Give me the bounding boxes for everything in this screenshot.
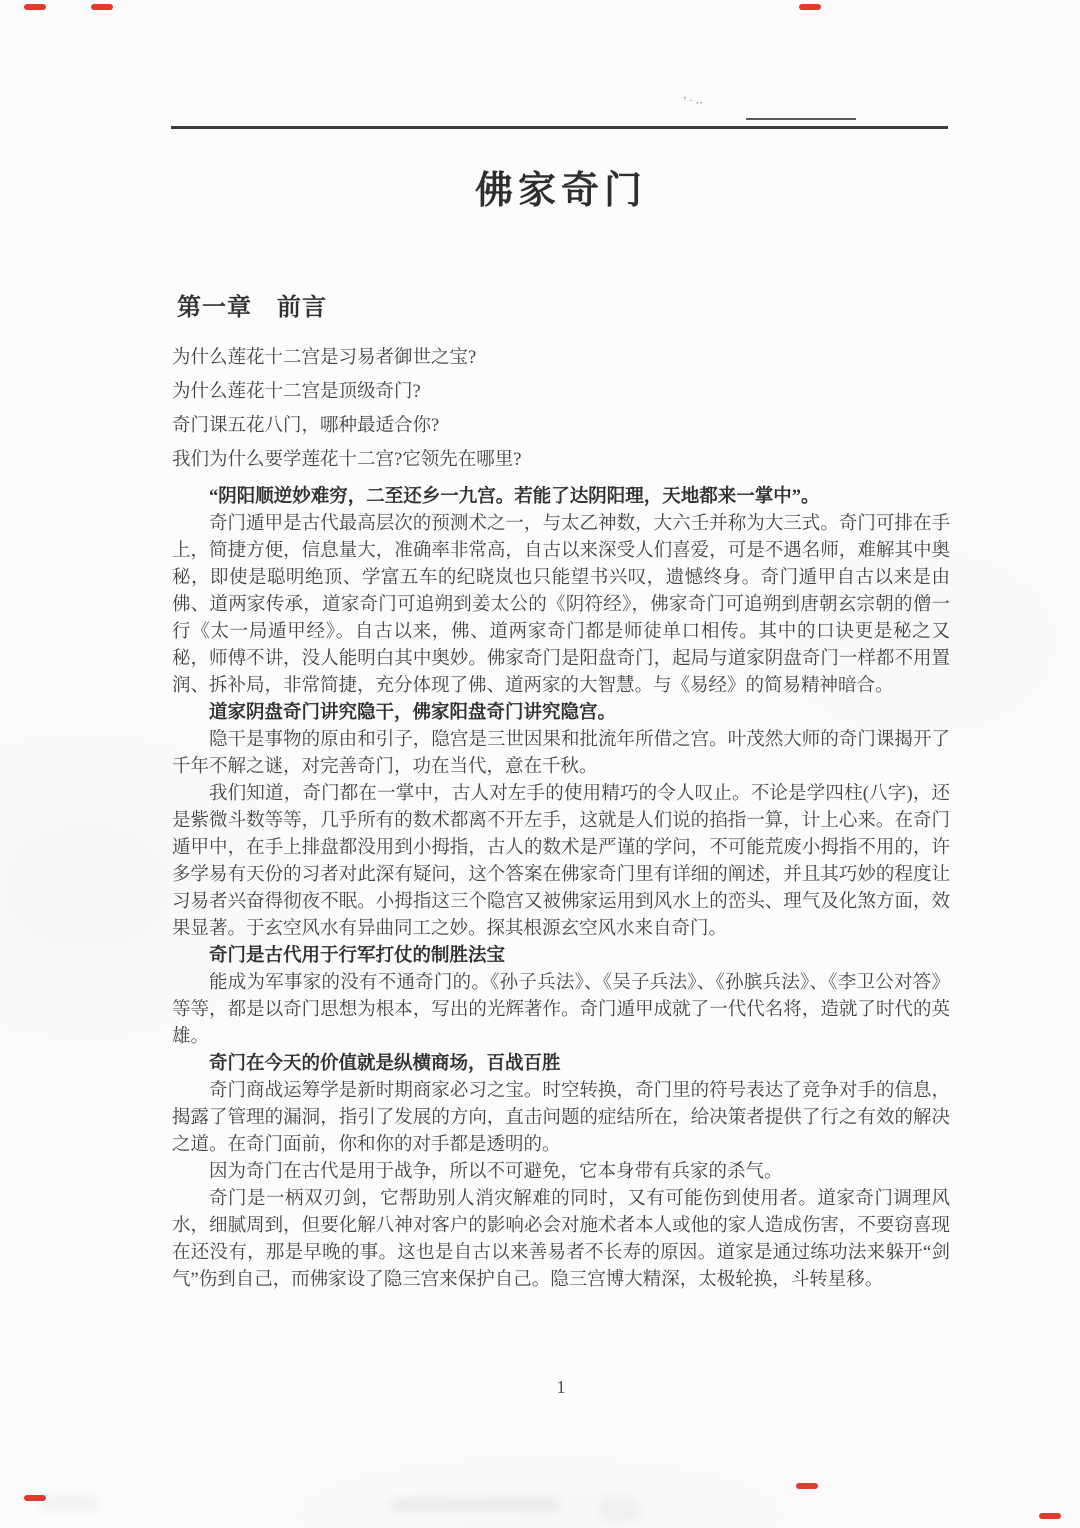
scan-smear — [600, 1496, 640, 1522]
section-subhead: 道家阴盘奇门讲究隐干，佛家阳盘奇门讲究隐宫。 — [172, 700, 950, 727]
red-corner-mark — [1039, 1513, 1061, 1519]
header-rule-main — [171, 126, 948, 129]
section-subhead: 奇门在今天的价值就是纵横商场，百战百胜 — [172, 1051, 950, 1078]
questions-list: 为什么莲花十二宫是习易者御世之宝?为什么莲花十二宫是顶级奇门?奇门课五花八门，哪… — [172, 341, 950, 477]
red-corner-mark — [799, 4, 821, 10]
red-corner-mark — [796, 1483, 818, 1489]
section-subhead: 奇门是古代用于行军打仗的制胜法宝 — [172, 943, 950, 970]
header-rule-short — [746, 118, 856, 120]
scan-smear — [40, 1494, 100, 1512]
opening-quote: “阴阳顺逆妙难穷，二至还乡一九宫。若能了达阴阳理，天地都来一掌中”。 — [172, 484, 950, 511]
body-paragraph: 能成为军事家的没有不通奇门的。《孙子兵法》、《吴子兵法》、《孙膑兵法》、《李卫公… — [172, 970, 950, 1051]
question-line: 我们为什么要学莲花十二宫?它领先在哪里? — [172, 443, 950, 477]
body-paragraph: 因为奇门在古代是用于战争，所以不可避免，它本身带有兵家的杀气。 — [172, 1159, 950, 1186]
question-line: 奇门课五花八门，哪种最适合你? — [172, 409, 950, 443]
body-paragraph: 我们知道，奇门都在一掌中，古人对左手的使用精巧的令人叹止。不论是学四柱(八字)，… — [172, 781, 950, 943]
body-paragraph: 隐干是事物的原由和引子，隐宫是三世因果和批流年所借之宫。叶茂然大师的奇门课揭开了… — [172, 727, 950, 781]
body-paragraph: 奇门是一柄双刃剑，它帮助别人消灾解难的同时，又有可能伤到使用者。道家奇门调理风水… — [172, 1186, 950, 1294]
chapter-heading: 第一章 前言 — [177, 287, 327, 322]
question-line: 为什么莲花十二宫是习易者御世之宝? — [172, 341, 950, 375]
book-title: 佛家奇门 — [172, 159, 950, 214]
scan-smear — [390, 1498, 560, 1511]
question-line: 为什么莲花十二宫是顶级奇门? — [172, 375, 950, 409]
body-paragraphs: “阴阳顺逆妙难穷，二至还乡一九宫。若能了达阴阳理，天地都来一掌中”。奇门遁甲是古… — [172, 484, 950, 1294]
scanned-book-page: { "page": { "title": "佛家奇门", "chapter_he… — [0, 0, 1080, 1528]
ink-smudge: ’·‥ — [683, 92, 706, 108]
body-paragraph: 奇门商战运筹学是新时期商家必习之宝。时空转换，奇门里的符号表达了竞争对手的信息，… — [172, 1078, 950, 1159]
red-corner-mark — [91, 4, 113, 10]
red-corner-mark — [24, 4, 46, 10]
body-paragraph: 奇门遁甲是古代最高层次的预测术之一，与太乙神数，大六壬并称为大三式。奇门可排在手… — [172, 511, 950, 700]
page-number: 1 — [172, 1377, 950, 1398]
